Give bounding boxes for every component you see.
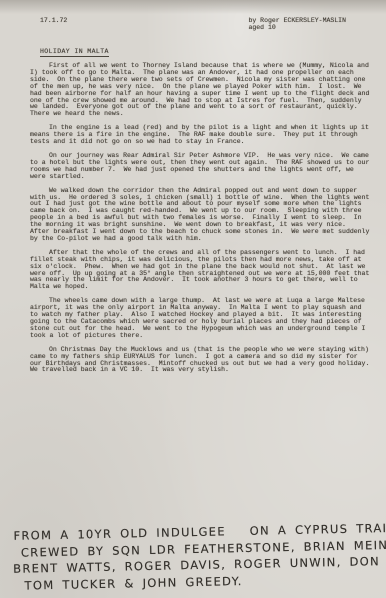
- byline-author: by Roger ECKERSLEY-MASLIN: [248, 17, 346, 24]
- paragraph-1: First of all we went to Thorney Island b…: [30, 63, 372, 118]
- document-title: HOLIDAY IN MALTA: [40, 48, 109, 57]
- paragraph-7: On Christmas Day the Mucklows and us (th…: [30, 347, 372, 375]
- byline-age: aged 10: [248, 24, 346, 31]
- byline: by Roger ECKERSLEY-MASLIN aged 10: [248, 17, 346, 31]
- title-row: HOLIDAY IN MALTA: [0, 31, 386, 58]
- scanned-document-page: 17.1.72 by Roger ECKERSLEY-MASLIN aged 1…: [0, 0, 386, 598]
- document-body: First of all we went to Thorney Island b…: [0, 58, 386, 374]
- paragraph-6: The wheels came down with a large thump.…: [30, 298, 372, 339]
- document-date: 17.1.72: [40, 17, 67, 24]
- paragraph-2: In the engine is a lead (red) and by the…: [30, 125, 372, 146]
- paragraph-4: We walked down the corridor then the Adm…: [30, 188, 372, 243]
- document-header: 17.1.72 by Roger ECKERSLEY-MASLIN aged 1…: [0, 0, 386, 31]
- handwritten-note: FROM A 10YR OLD INDULGEE ON A CYPRUS TRA…: [11, 520, 378, 594]
- paragraph-5: After that the whole of the crews and al…: [30, 250, 372, 291]
- paragraph-3: On our journey was Rear Admiral Sir Pete…: [30, 153, 372, 181]
